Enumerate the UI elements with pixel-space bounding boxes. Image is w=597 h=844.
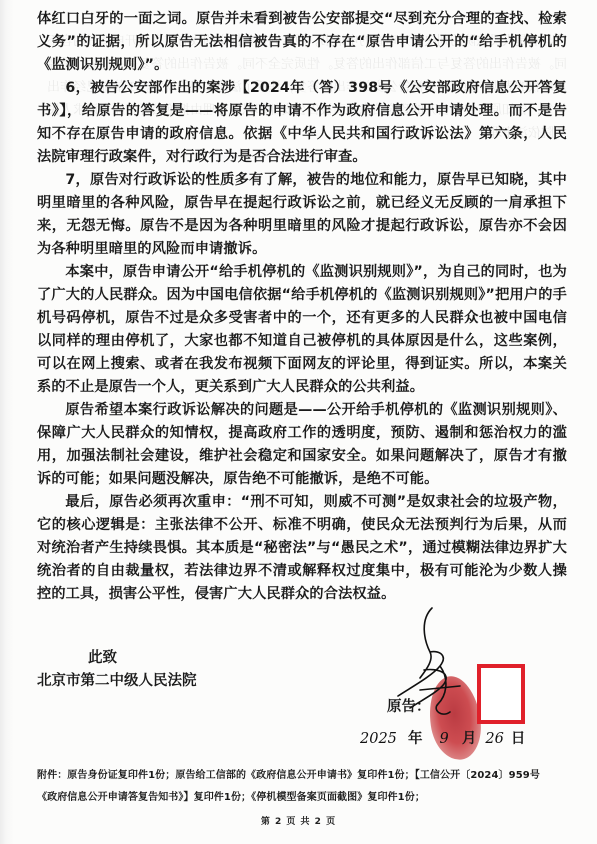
date-day-label: 日 — [511, 727, 526, 748]
date-month: 9 — [440, 731, 449, 747]
date-day: 26 — [485, 731, 503, 747]
paragraph-item-7: 7，原告对行政诉讼的性质多有了解，被告的地位和能力，原告早已知晓，其中明里暗里的… — [37, 169, 567, 261]
date-year: 2025 — [360, 731, 397, 747]
paragraph-hope: 原告希望本案行政诉讼解决的问题是——公开给手机停机的《监测识别规则》、保障广大人… — [37, 399, 567, 491]
paragraph-final: 最后，原告必须再次重申：“刑不可知，则威不可测”是奴隶社会的垃圾产物，它的核心逻… — [37, 491, 567, 606]
document-body: 体红口白牙的一面之词。原告并未看到被告公安部提交“尽到充分合理的查找、检索义务”… — [37, 8, 567, 606]
signing-date: 2025 年 9 月 26 日 — [360, 727, 525, 748]
redacted-name-box — [477, 664, 525, 724]
paragraph-case-scope: 本案中，原告申请公开“给手机停机的《监测识别规则》”，为自己的同时，也为了广大的… — [37, 261, 567, 399]
page-number: 第 2 页 共 2 页 — [0, 814, 597, 827]
attachments-line-1: 附件：原告身份证复印件1份；原告给工信部的《政府信息公开申请书》复印件1份；【工… — [37, 765, 567, 787]
document-page: 体与非是人民法院的判决公开审查的申请书。原告向被告提交的政府信息公开申请书内容不… — [0, 0, 597, 844]
date-month-label: 月 — [462, 727, 477, 748]
attachments-line-2: 《政府信息公开申请答复告知书》】复印件1份；《停机模型备案页面截图》复印件1份； — [37, 787, 567, 809]
date-year-label: 年 — [408, 727, 423, 748]
closing-salutation: 此致 — [88, 646, 117, 667]
plaintiff-label: 原告： — [387, 695, 431, 716]
attachments-list: 附件：原告身份证复印件1份；原告给工信部的《政府信息公开申请书》复印件1份；【工… — [37, 765, 567, 809]
paragraph-continuation: 体红口白牙的一面之词。原告并未看到被告公安部提交“尽到充分合理的查找、检索义务”… — [37, 8, 567, 77]
paragraph-item-6: 6，被告公安部作出的案涉【2024年（答）398号《公安部政府信息公开答复书》】… — [37, 77, 567, 169]
court-name: 北京市第二中级人民法院 — [37, 669, 197, 690]
